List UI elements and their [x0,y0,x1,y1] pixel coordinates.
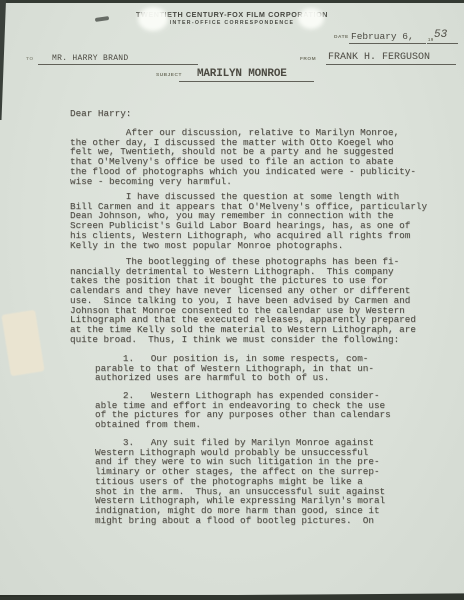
numbered-item-2: 2. Western Lithograph has expended consi… [95,391,391,430]
from-value: FRANK H. FERGUSON [328,52,430,63]
date-value: February 6, [351,31,414,42]
year-prefix: 19 [428,37,434,42]
numbered-item-3: 3. Any suit filed by Marilyn Monroe agai… [95,438,385,525]
year-value: 53 [434,29,447,41]
date-underline [349,43,426,44]
paragraph-2: I have discussed the question at some le… [70,192,427,250]
from-underline [326,64,456,65]
to-label: TO [26,57,34,62]
glare-spot-right [298,8,324,29]
to-underline [38,64,198,65]
photo-edge-top [0,0,464,3]
paragraph-3: The bootlegging of these photographs has… [70,257,416,344]
memo-paper: TWENTIETH CENTURY-FOX FILM CORPORATION I… [0,2,464,595]
glare-spot-left [138,7,168,31]
salutation: Dear Harry: [70,109,131,119]
from-label: FROM [300,57,316,62]
to-value: MR. HARRY BRAND [52,54,129,63]
subject-label: SUBJECT [156,73,182,78]
scanned-memo-photo: TWENTIETH CENTURY-FOX FILM CORPORATION I… [0,0,464,600]
subject-underline [179,81,314,82]
year-underline [427,43,458,44]
date-label: DATE [334,35,349,40]
numbered-item-1: 1. Our position is, in some respects, co… [95,354,374,383]
paragraph-1: After our discussion, relative to Marily… [70,128,416,186]
tape-patch [1,310,44,377]
letterhead-subtitle: INTER-OFFICE CORRESPONDENCE [0,20,464,26]
subject-value: MARILYN MONROE [197,68,287,80]
company-name: TWENTIETH CENTURY-FOX FILM CORPORATION [0,10,464,19]
